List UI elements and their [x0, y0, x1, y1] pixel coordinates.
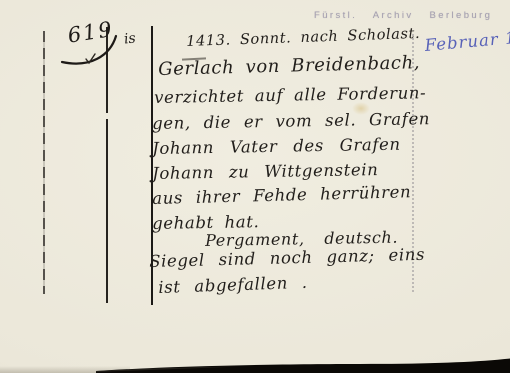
regest-heading: 1413. Sonnt. nach Scholast. — [186, 26, 420, 50]
date-annotation: Februar 12 — [424, 27, 510, 55]
regest-line: Johann zu Wittgenstein — [152, 160, 379, 183]
archive-stamp: Fürstl. Archiv Berleburg — [314, 10, 492, 21]
regest-line: Siegel sind noch ganz; eins — [149, 245, 425, 271]
photo-bottom-edge — [0, 355, 510, 373]
paper-stain — [352, 102, 370, 115]
regest-line: aus ihrer Fehde herrühren — [152, 182, 411, 208]
regest-line: Gerlach von Breidenbach, — [158, 52, 420, 80]
regest-line: ist abgefallen . — [158, 273, 308, 297]
ruled-line-middle-lower — [106, 119, 108, 303]
regest-line: Johann Vater des Grafen — [152, 135, 401, 158]
ruled-line-left — [43, 31, 45, 294]
regest-line: verzichtet auf alle Forderun- — [154, 83, 426, 107]
check-mark — [84, 53, 98, 65]
archival-photo: Fürstl. Archiv Berleburg Februar 12 619 … — [0, 0, 510, 373]
regest-line: gen, die er vom sel. Grafen — [152, 109, 430, 133]
